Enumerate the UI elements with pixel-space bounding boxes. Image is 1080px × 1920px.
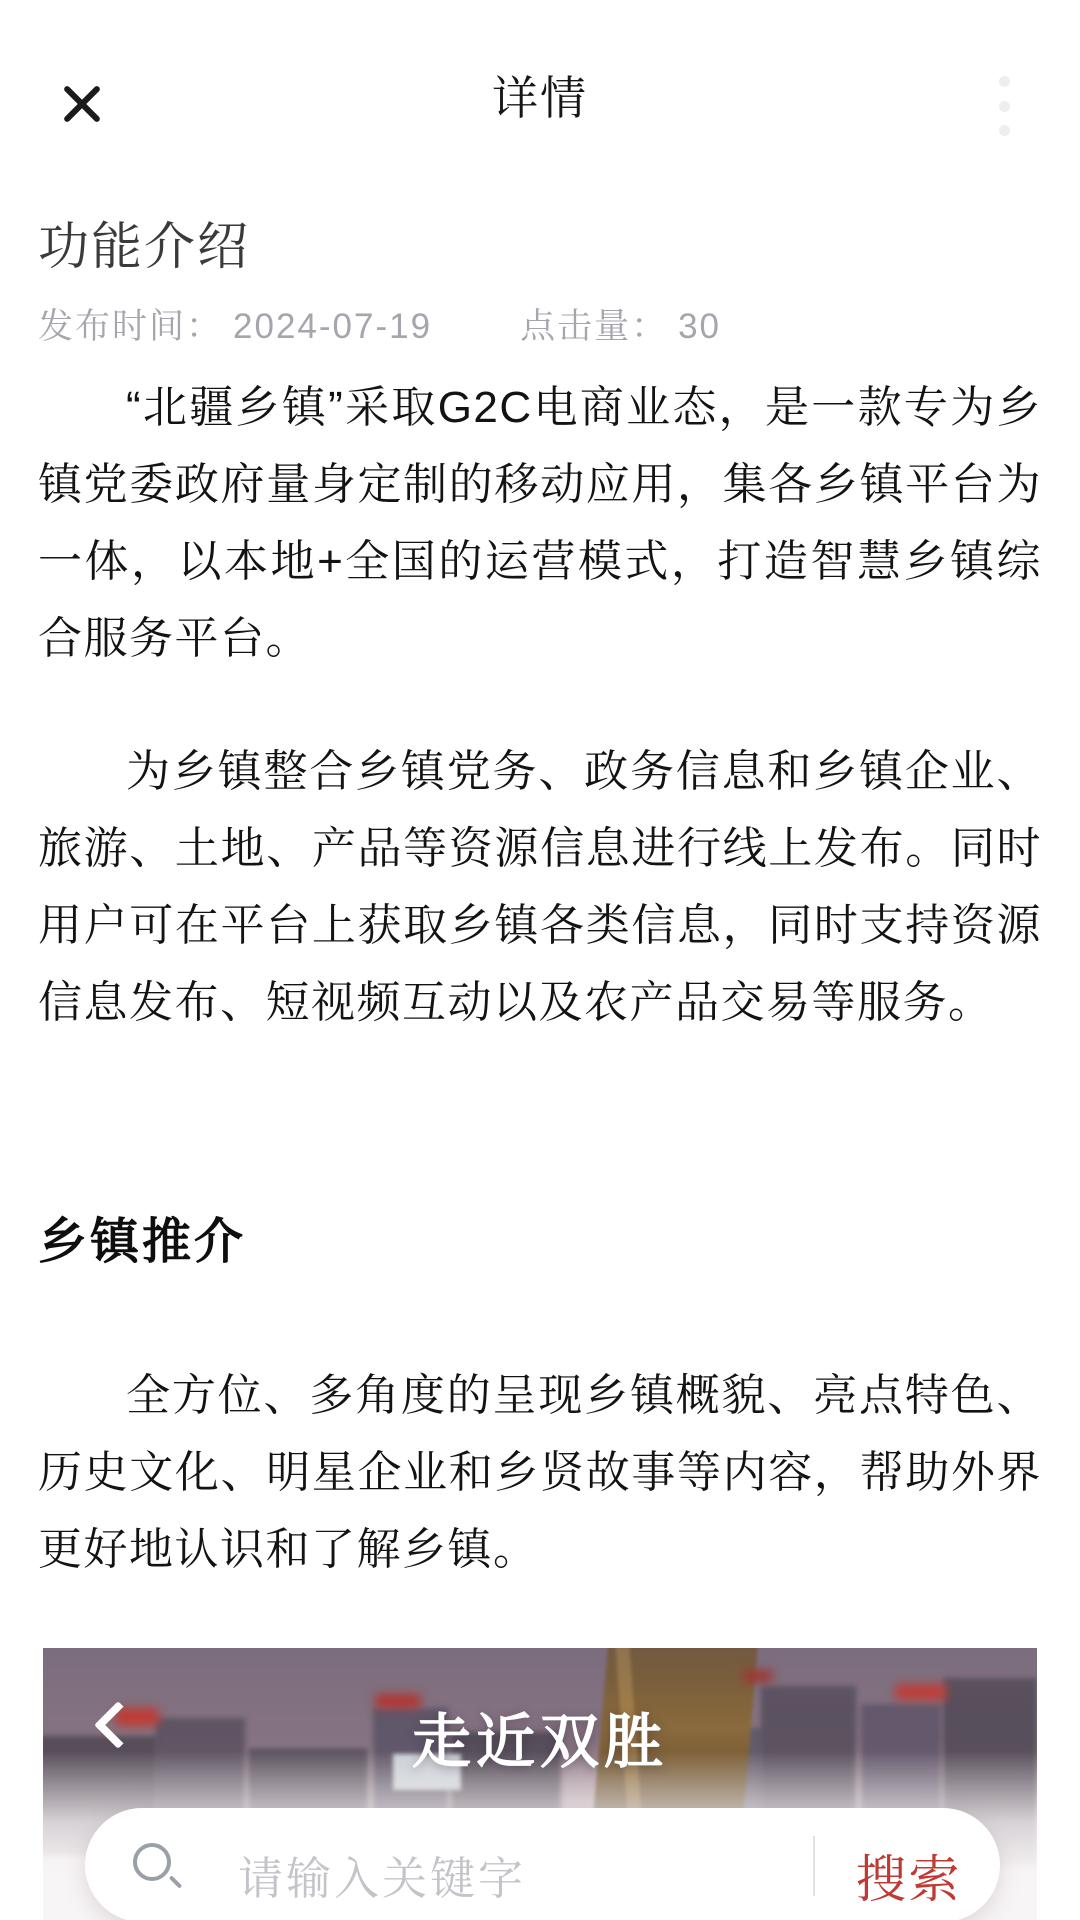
publish-time-value: 2024-07-19 xyxy=(233,307,432,346)
intro-paragraph-2: 为乡镇整合乡镇党务、政务信息和乡镇企业、旅游、土地、产品等资源信息进行线上发布。… xyxy=(38,733,1042,1041)
more-menu-icon[interactable] xyxy=(994,76,1014,136)
section-heading: 乡镇推介 xyxy=(38,1203,246,1273)
detail-page: 详情 功能介绍 发布时间：2024-07-19点击量：30 “北疆乡镇”采取G2… xyxy=(0,0,1080,1920)
section-paragraph-1: 全方位、多角度的呈现乡镇概貌、亮点特色、历史文化、明星企业和乡贤故事等内容，帮助… xyxy=(38,1357,1042,1588)
search-icon xyxy=(133,1843,171,1881)
intro-paragraph-1: “北疆乡镇”采取G2C电商业态，是一款专为乡镇党委政府量身定制的移动应用，集各乡… xyxy=(38,369,1042,677)
publish-time-label: 发布时间： xyxy=(38,307,223,346)
embedded-app-screenshot[interactable]: 走近双胜 请输入关键字 搜索 xyxy=(43,1648,1037,1920)
embedded-app-title: 走近双胜 xyxy=(43,1694,1037,1779)
search-placeholder: 请输入关键字 xyxy=(238,1842,526,1907)
clicks-label: 点击量： xyxy=(520,307,668,346)
page-title: 详情 xyxy=(0,62,1080,128)
top-bar: 详情 xyxy=(0,0,1080,150)
search-divider xyxy=(813,1836,815,1896)
clicks-value: 30 xyxy=(678,307,721,346)
article-title: 功能介绍 xyxy=(38,205,250,279)
search-button: 搜索 xyxy=(817,1838,1000,1912)
embedded-search-bar: 请输入关键字 搜索 xyxy=(85,1808,1000,1920)
article-meta: 发布时间：2024-07-19点击量：30 xyxy=(38,299,721,349)
